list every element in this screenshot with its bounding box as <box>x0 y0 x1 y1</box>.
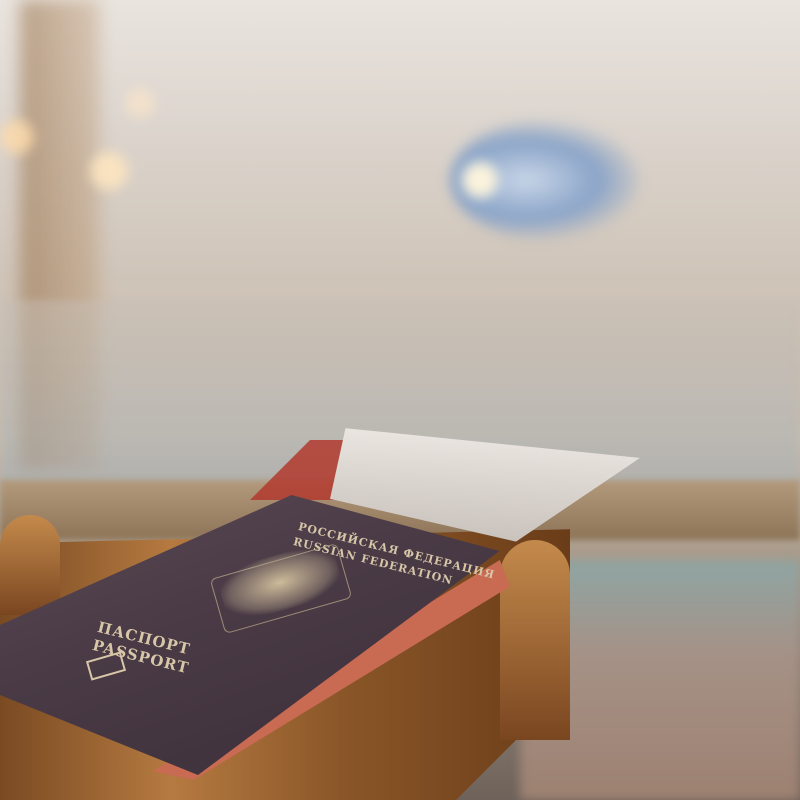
light-glow <box>462 162 498 198</box>
light-glow <box>90 152 128 190</box>
light-glow <box>0 120 34 154</box>
photo-scene: РОССИЙСКАЯ ФЕДЕРАЦИЯ RUSSIAN FEDERATION … <box>0 0 800 800</box>
bench-slat <box>500 540 570 740</box>
light-glow <box>125 88 155 118</box>
bench-slat <box>0 515 60 615</box>
